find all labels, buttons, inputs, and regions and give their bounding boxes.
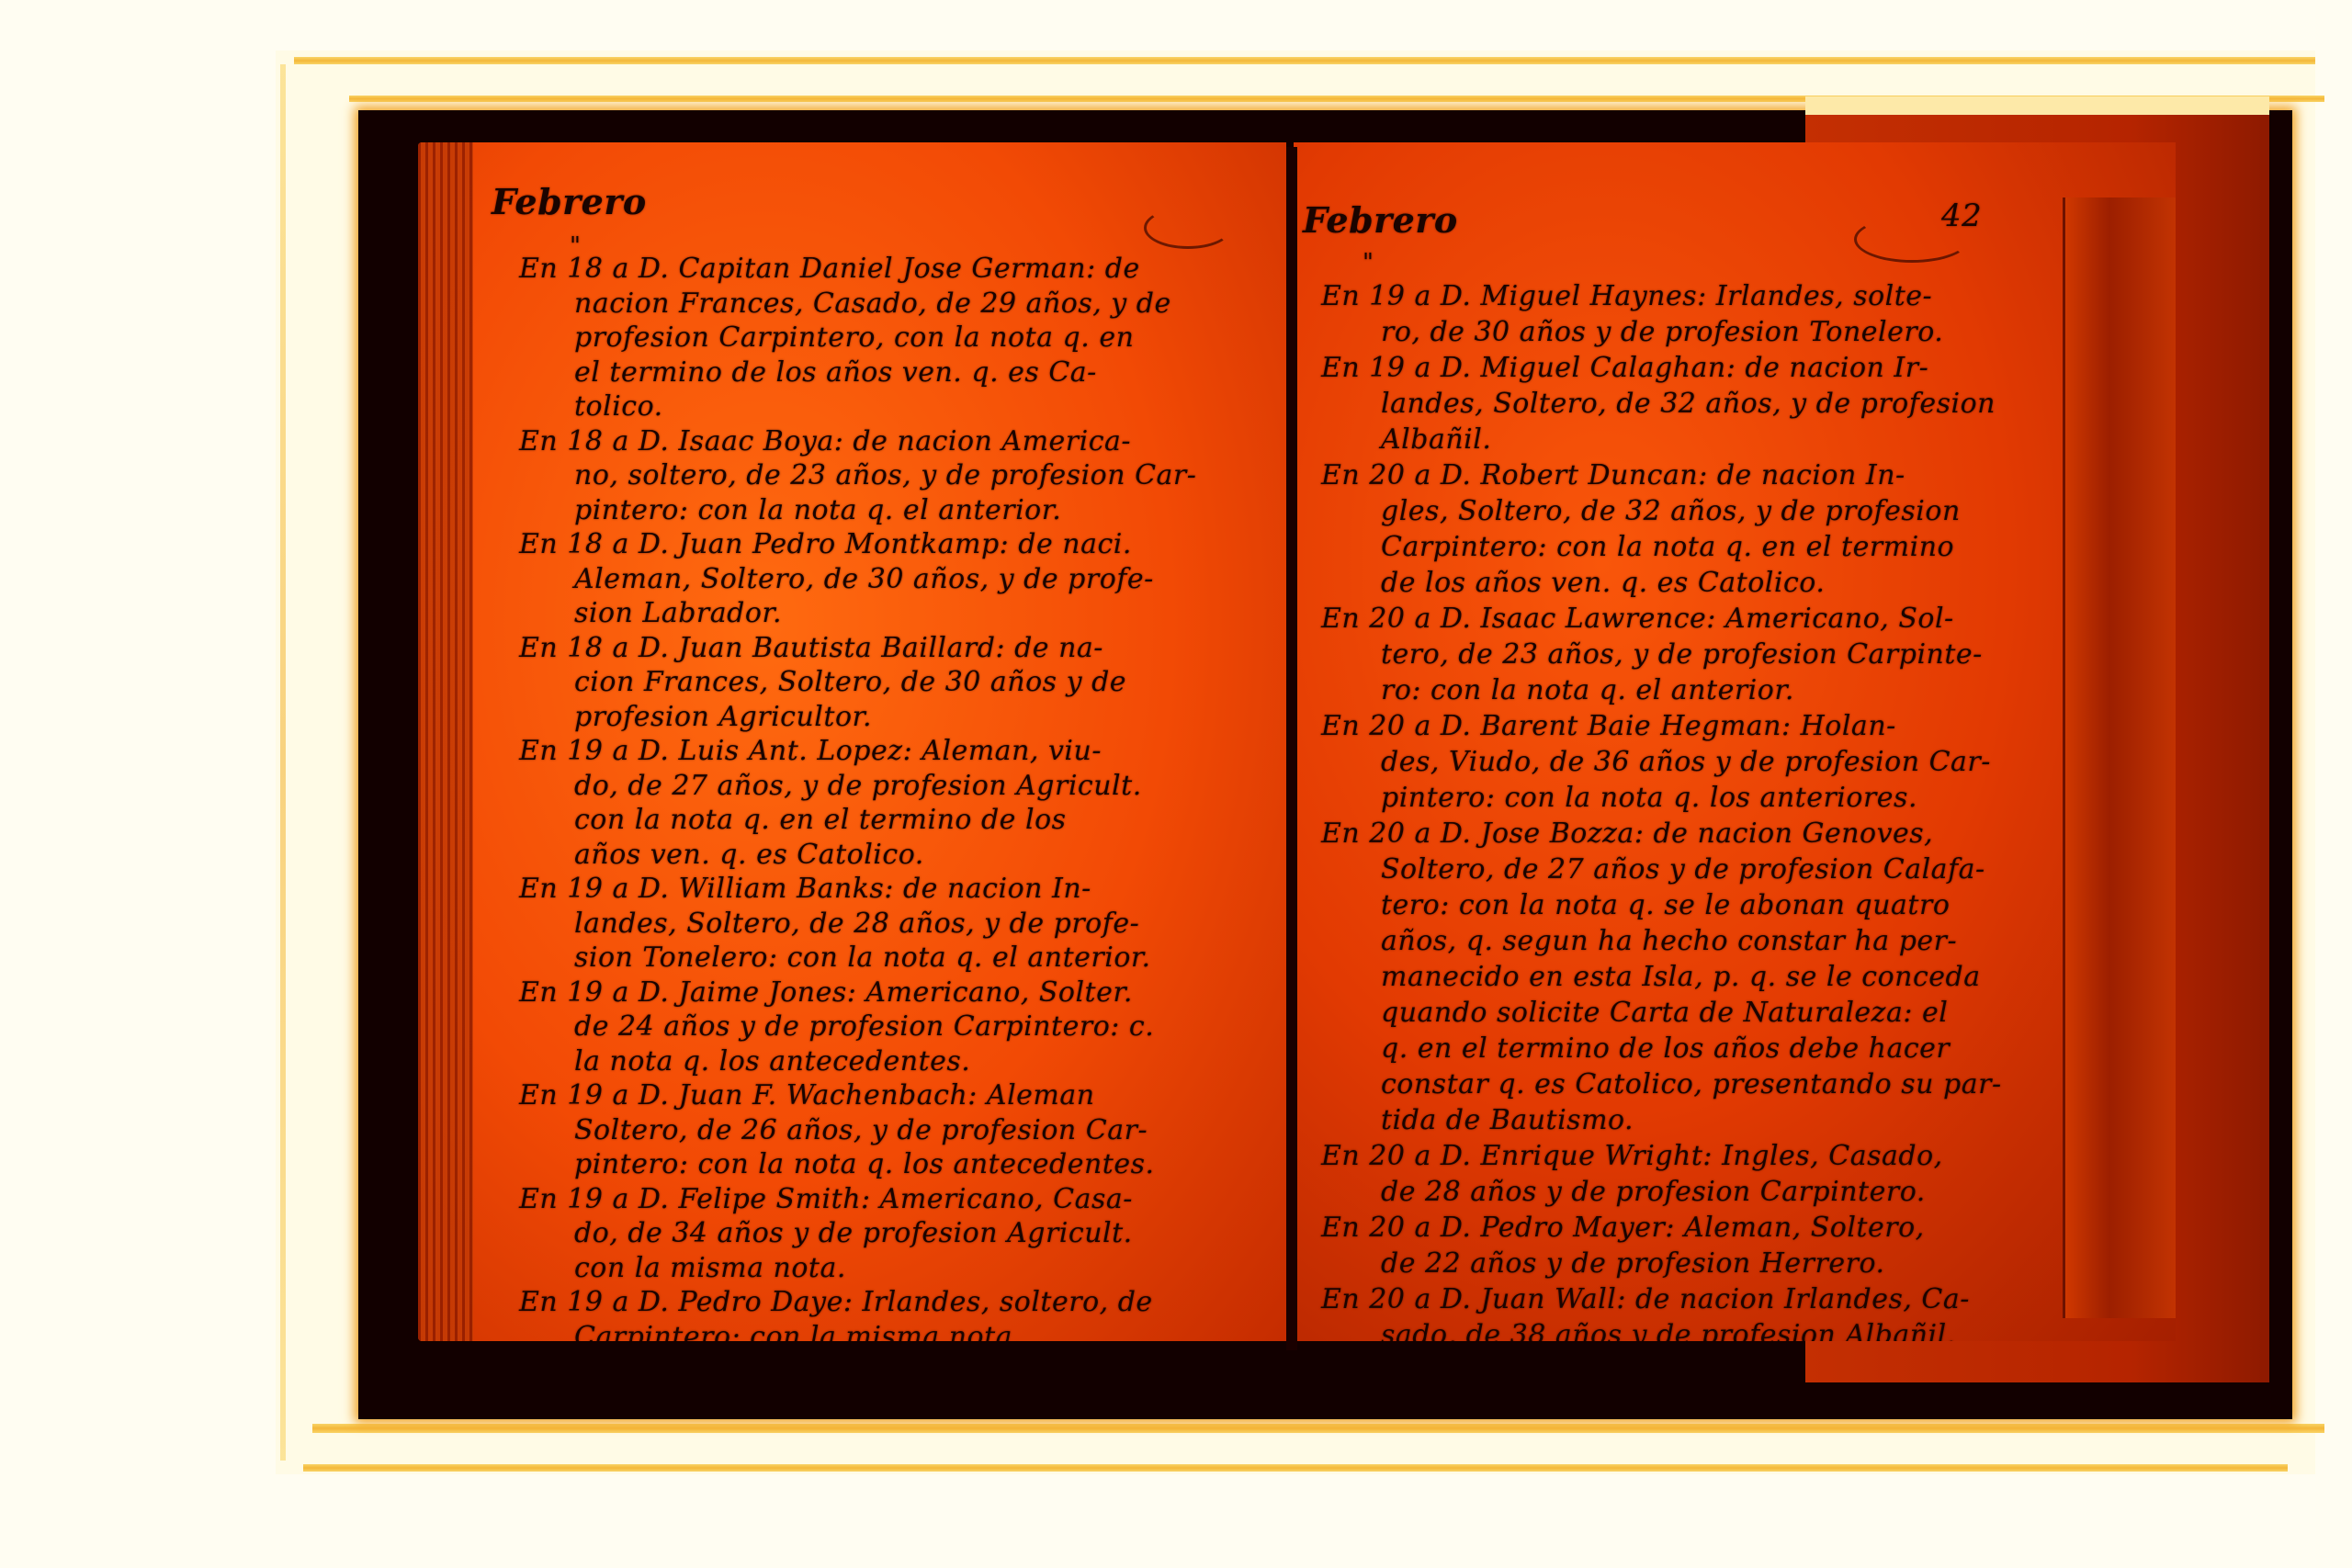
register-continuation-line: años, q. segun ha hecho constar ha per- [1381, 925, 1957, 957]
register-continuation-line: tero, de 23 años, y de profesion Carpint… [1381, 638, 1983, 671]
register-continuation-line: quando solicite Carta de Naturaleza: el [1381, 997, 1948, 1029]
register-continuation-line: landes, Soltero, de 28 años, y de profe- [574, 908, 1139, 940]
register-entry-line: En 19 a D. Jaime Jones: Americano, Solte… [519, 976, 1133, 1009]
register-continuation-line: Soltero, de 26 años, y de profesion Car- [574, 1114, 1148, 1146]
book-gutter [1286, 147, 1297, 1350]
register-continuation-line: pintero: con la nota q. los anteriores. [1381, 782, 1917, 814]
register-entry-line: En 19 a D. Luis Ant. Lopez: Aleman, viu- [519, 735, 1102, 767]
register-continuation-line: de 22 años y de profesion Herrero. [1381, 1247, 1885, 1280]
top-outer-rule [294, 57, 2315, 64]
register-entry-line: En 19 a D. Felipe Smith: Americano, Casa… [519, 1183, 1133, 1215]
register-continuation-line: Carpintero: con la nota q. en el termino [1381, 531, 1954, 563]
frame-top-light-strip [1805, 96, 2269, 115]
register-entry-line: En 18 a D. Juan Pedro Montkamp: de naci. [519, 528, 1132, 560]
register-continuation-line: profesion Agricultor. [574, 701, 872, 733]
register-continuation-line: Soltero, de 27 años y de profesion Calaf… [1381, 853, 1985, 886]
register-continuation-line: constar q. es Catolico, presentando su p… [1381, 1068, 2002, 1100]
register-continuation-line: Albañil. [1381, 423, 1491, 456]
register-continuation-line: ro: con la nota q. el anterior. [1381, 674, 1794, 706]
register-continuation-line: do, de 27 años, y de profesion Agricult. [574, 770, 1142, 802]
register-continuation-line: des, Viudo, de 36 años y de profesion Ca… [1381, 746, 1991, 778]
register-entry-line: En 19 a D. Pedro Daye: Irlandes, soltero… [519, 1286, 1153, 1318]
open-register-book: Febrero " En 18 a D. Capitan Daniel Jose… [418, 142, 2200, 1341]
register-continuation-line: sion Tonelero: con la nota q. el anterio… [574, 942, 1150, 974]
register-continuation-line: tolico. [574, 390, 663, 423]
register-entry-line: En 20 a D. Barent Baie Hegman: Holan- [1321, 710, 1896, 742]
register-entry-line: En 18 a D. Isaac Boya: de nacion America… [519, 425, 1131, 457]
register-continuation-line: tero: con la nota q. se le abonan quatro [1381, 889, 1950, 921]
register-continuation-line: pintero: con la nota q. los antecedentes… [574, 1148, 1155, 1180]
margin-note: f. [2102, 1006, 2116, 1029]
right-page-heading: Febrero [1303, 199, 1458, 241]
register-entry-line: En 20 a D. Robert Duncan: de nacion In- [1321, 459, 1905, 491]
register-continuation-line: q. en el termino de los años debe hacer [1381, 1032, 1950, 1065]
left-page-heading: Febrero [492, 181, 647, 222]
register-continuation-line: de 24 años y de profesion Carpintero: c. [574, 1010, 1154, 1043]
register-continuation-line: ro, de 30 años y de profesion Tonelero. [1381, 316, 1943, 348]
register-entry-line: En 20 a D. Pedro Mayer: Aleman, Soltero, [1321, 1212, 1925, 1244]
bottom-inner-rule [312, 1424, 2324, 1433]
register-entry-line: En 19 a D. Miguel Haynes: Irlandes, solt… [1321, 280, 1932, 312]
register-entry-line: En 19 a D. William Banks: de nacion In- [519, 873, 1091, 905]
register-continuation-line: años ven. q. es Catolico. [574, 839, 924, 871]
folio-flourish-icon [1854, 216, 1970, 263]
register-continuation-line: cion Frances, Soltero, de 30 años y de [574, 666, 1126, 698]
left-rule [280, 64, 286, 1461]
left-page: Febrero " En 18 a D. Capitan Daniel Jose… [418, 142, 1286, 1341]
corner-flourish-icon [1144, 207, 1232, 249]
register-continuation-line: el termino de los años ven. q. es Ca- [574, 356, 1097, 389]
margin-note: f. [2102, 638, 2116, 661]
margin-note: f. [2102, 1190, 2116, 1213]
register-entry-line: En 20 a D. Juan Wall: de nacion Irlandes… [1321, 1283, 1970, 1315]
register-continuation-line: con la misma nota. [574, 1252, 846, 1284]
register-continuation-line: la nota q. los antecedentes. [574, 1045, 970, 1077]
register-continuation-line: de los años ven. q. es Catolico. [1381, 567, 1825, 599]
register-continuation-line: no, soltero, de 23 años, y de profesion … [574, 459, 1196, 491]
register-entry-line: En 20 a D. Isaac Lawrence: Americano, So… [1321, 603, 1954, 635]
register-continuation-line: sion Labrador. [574, 597, 782, 629]
register-continuation-line: profesion Carpintero, con la nota q. en [574, 321, 1134, 354]
right-page-ditto-mark: " [1363, 249, 1374, 276]
register-continuation-line: gles, Soltero, de 32 años, y de profesio… [1381, 495, 1961, 527]
register-continuation-line: tida de Bautismo. [1381, 1104, 1634, 1136]
register-continuation-line: manecido en esta Isla, p. q. se le conce… [1381, 961, 1981, 993]
register-entry-line: En 20 a D. Enrique Wright: Ingles, Casad… [1321, 1140, 1943, 1172]
register-continuation-line: landes, Soltero, de 32 años, y de profes… [1381, 388, 1996, 420]
margin-note: f. [2102, 455, 2116, 478]
register-continuation-line: sado, de 38 años y de profesion Albañil. [1381, 1319, 1956, 1341]
register-continuation-line: do, de 34 años y de profesion Agricult. [574, 1217, 1133, 1249]
register-entry-line: En 20 a D. Jose Bozza: de nacion Genoves… [1321, 818, 1933, 850]
register-continuation-line: Aleman, Soltero, de 30 años, y de profe- [574, 563, 1154, 595]
register-continuation-line: de 28 años y de profesion Carpintero. [1381, 1176, 1926, 1208]
margin-note: 1 [2102, 822, 2116, 845]
register-entry-line: En 19 a D. Miguel Calaghan: de nacion Ir… [1321, 352, 1928, 384]
register-entry-line: En 18 a D. Juan Bautista Baillard: de na… [519, 632, 1103, 664]
register-entry-line: En 18 a D. Capitan Daniel Jose German: d… [519, 253, 1140, 285]
bottom-outer-rule [303, 1464, 2288, 1472]
register-continuation-line: pintero: con la nota q. el anterior. [574, 494, 1061, 526]
register-entry-line: En 19 a D. Juan F. Wachenbach: Aleman [519, 1079, 1095, 1111]
right-page: Febrero " 42 En 19 a D. Miguel Haynes: I… [1294, 142, 2176, 1341]
register-continuation-line: Carpintero: con la misma nota. [574, 1321, 1022, 1342]
register-continuation-line: nacion Frances, Casado, de 29 años, y de [574, 288, 1171, 320]
register-continuation-line: con la nota q. en el termino de los [574, 804, 1067, 836]
